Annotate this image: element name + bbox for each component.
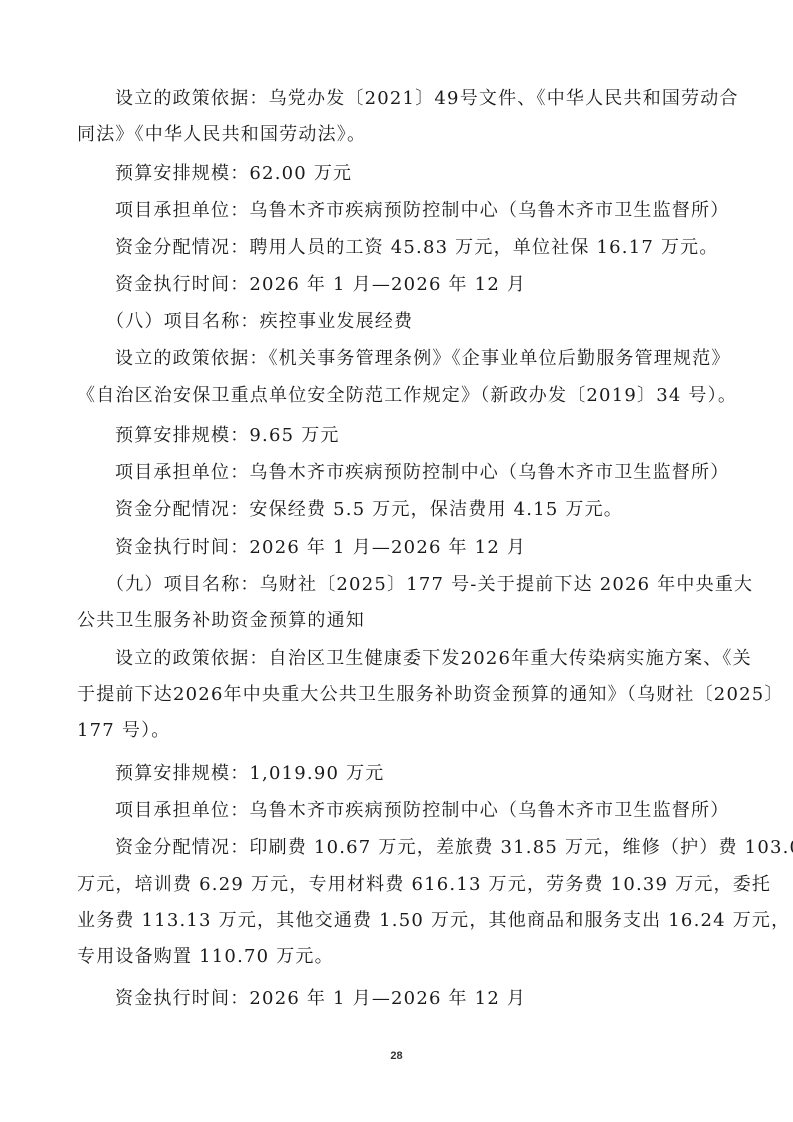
document-page: 设立的政策依据：乌党办发〔2021〕49号文件、《中华人民共和国劳动合 同法》《… <box>0 0 793 1122</box>
budget-scale-line: 预算安排规模：62.00 万元 <box>115 163 755 185</box>
fund-allocation-line: 资金分配情况：安保经费 5.5 万元，保洁费用 4.15 万元。 <box>115 499 755 521</box>
fund-allocation-continuation: 专用设备购置 110.70 万元。 <box>77 946 717 968</box>
policy-basis-continuation: 同法》《中华人民共和国劳动法》。 <box>77 124 717 146</box>
project-heading-9: （九）项目名称：乌财社〔2025〕177 号-关于提前下达 2026 年中央重大 <box>106 574 746 596</box>
policy-basis-line: 设立的政策依据：乌党办发〔2021〕49号文件、《中华人民共和国劳动合 <box>115 88 755 110</box>
budget-scale-line: 预算安排规模：1,019.90 万元 <box>115 763 755 785</box>
page-number: 28 <box>0 1050 793 1062</box>
policy-basis-continuation: 于提前下达2026年中央重大公共卫生服务补助资金预算的通知》（乌财社〔2025〕 <box>77 684 717 706</box>
policy-basis-line: 设立的政策依据：《机关事务管理条例》《企事业单位后勤服务管理规范》 <box>115 348 755 370</box>
execution-time-line: 资金执行时间：2026 年 1 月—2026 年 12 月 <box>115 274 755 296</box>
policy-basis-line: 设立的政策依据：自治区卫生健康委下发2026年重大传染病实施方案、《关 <box>115 648 755 670</box>
policy-basis-continuation: 《自治区治安保卫重点单位安全防范工作规定》（新政办发〔2019〕34 号）。 <box>77 385 717 407</box>
responsible-unit-line: 项目承担单位：乌鲁木齐市疾病预防控制中心（乌鲁木齐市卫生监督所） <box>115 200 755 222</box>
responsible-unit-line: 项目承担单位：乌鲁木齐市疾病预防控制中心（乌鲁木齐市卫生监督所） <box>115 462 755 484</box>
execution-time-line: 资金执行时间：2026 年 1 月—2026 年 12 月 <box>115 537 755 559</box>
budget-scale-line: 预算安排规模：9.65 万元 <box>115 425 755 447</box>
fund-allocation-continuation: 业务费 113.13 万元，其他交通费 1.50 万元，其他商品和服务支出 16… <box>77 910 717 932</box>
project-heading-8: （八）项目名称：疾控事业发展经费 <box>106 311 746 333</box>
fund-allocation-continuation: 万元，培训费 6.29 万元，专用材料费 616.13 万元，劳务费 10.39… <box>77 874 717 896</box>
fund-allocation-line: 资金分配情况：聘用人员的工资 45.83 万元，单位社保 16.17 万元。 <box>115 237 755 259</box>
responsible-unit-line: 项目承担单位：乌鲁木齐市疾病预防控制中心（乌鲁木齐市卫生监督所） <box>115 800 755 822</box>
fund-allocation-line: 资金分配情况：印刷费 10.67 万元，差旅费 31.85 万元，维修（护）费 … <box>115 837 755 859</box>
project-heading-9-continuation: 公共卫生服务补助资金预算的通知 <box>77 610 717 632</box>
execution-time-line: 资金执行时间：2026 年 1 月—2026 年 12 月 <box>115 988 755 1010</box>
policy-basis-continuation: 177 号）。 <box>77 720 717 742</box>
